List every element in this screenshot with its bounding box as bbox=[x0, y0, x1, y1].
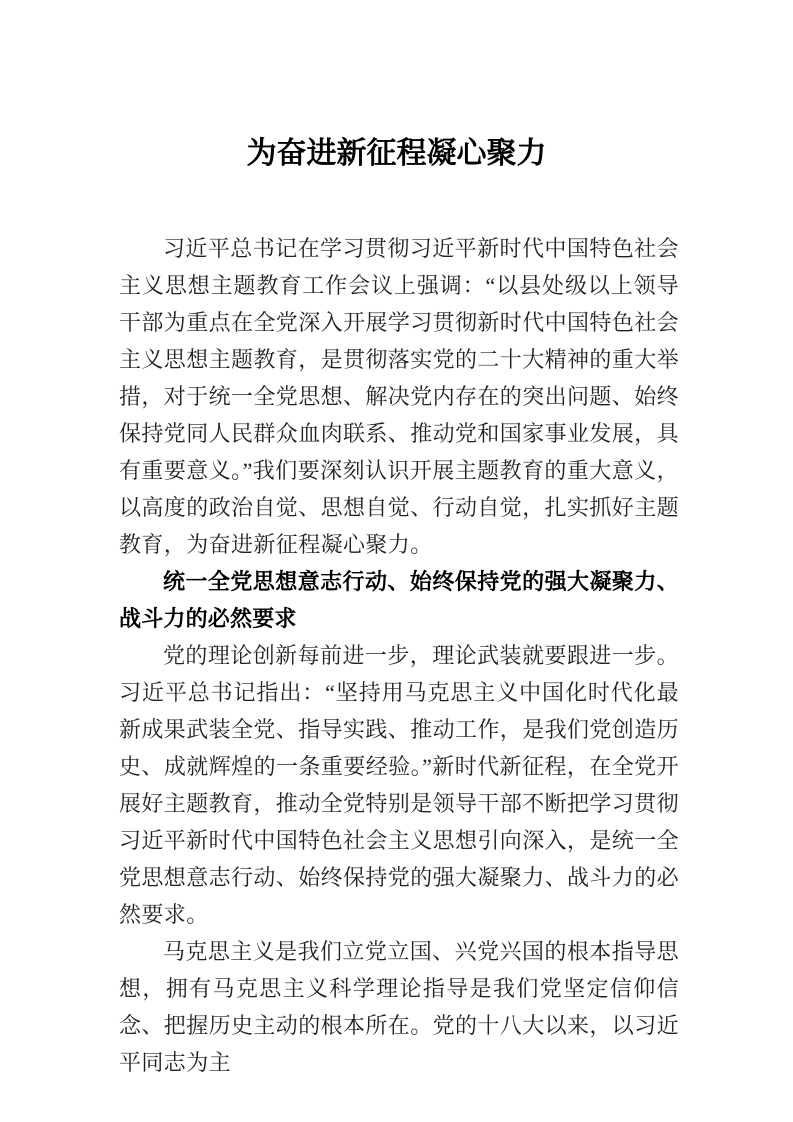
section-heading: 统一全党思想意志行动、始终保持党的强大凝聚力、战斗力的必然要求 bbox=[119, 563, 679, 637]
document-page: 为奋进新征程凝心聚力 习近平总书记在学习贯彻习近平新时代中国特色社会主义思想主题… bbox=[0, 0, 793, 1122]
paragraph-marxism: 马克思主义是我们立党立国、兴党兴国的根本指导思想，拥有马克思主义科学理论指导是我… bbox=[119, 933, 679, 1081]
document-body: 习近平总书记在学习贯彻习近平新时代中国特色社会主义思想主题教育工作会议上强调：“… bbox=[119, 230, 679, 1081]
paragraph-intro: 习近平总书记在学习贯彻习近平新时代中国特色社会主义思想主题教育工作会议上强调：“… bbox=[119, 230, 679, 563]
document-title: 为奋进新征程凝心聚力 bbox=[0, 0, 793, 174]
paragraph-theory: 党的理论创新每前进一步，理论武装就要跟进一步。习近平总书记指出：“坚持用马克思主… bbox=[119, 637, 679, 933]
